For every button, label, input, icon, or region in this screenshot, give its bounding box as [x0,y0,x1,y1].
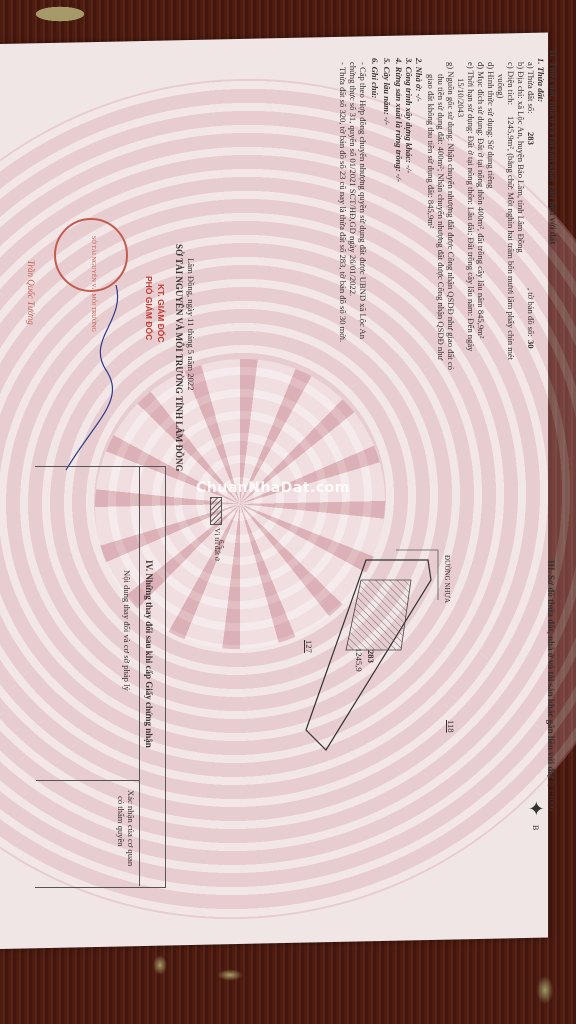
scale-label: Tỷ lệ 1:1000 [546,770,556,811]
usage-term: e) Thời hạn sử dụng: Đất ở tại nông thôn… [466,62,476,351]
parcel-area: 1245,9 [354,648,364,672]
deputy-director-title: PHÓ GIÁM ĐỐC [144,276,154,340]
col-authority-line2: có thẩm quyền [116,796,126,847]
other-construction-item: 3. Công trình xây dựng khác: -/- [404,58,414,173]
signer-name: Trần Quốc Tường [26,260,36,325]
table-column-divider [36,780,140,781]
issuing-agency: SỞ TÀI NGUYÊN VÀ MÔI TRƯỜNG TỈNH LÂM ĐỒN… [174,244,184,472]
plot-number-value: 283 [526,132,536,145]
note-line-3: - Thửa đất số 320, tờ bản đồ số 23 cũ na… [338,62,348,342]
usage-origin-cont2: giao đất không thu tiền sử dụng đất: 845… [426,74,436,229]
area-value-cont: vuông) [496,74,506,98]
north-label: B [530,825,540,830]
watermark: ChuanNhaDat.com [196,480,350,496]
parcel-number: 283 [366,650,376,663]
legend-label: Vị trí đất ở [212,528,222,561]
col-change-content: Nội dung thay đổi và cơ sở pháp lý [122,570,132,691]
col-authority-line1: Xác nhận của cơ quan [126,790,136,866]
usage-form: d) Hình thức sử dụng: Sử dụng riêng [486,62,496,188]
usage-purpose: đ) Mục đích sử dụng: Đất ở tại nông thôn… [476,62,486,338]
legend-swatch [210,497,222,525]
rotated-certificate-content: II. Thửa đất, nhà ở và tài sản khác gắn … [0,0,576,1024]
table-divider [139,466,140,886]
neighbor-118: 118 [446,720,456,733]
parcel-diagram [276,540,456,800]
house-item: 2. Nhà ở: -/- [414,58,424,102]
signature [56,280,136,480]
notes-heading: 6. Ghi chú: [370,58,380,98]
issue-date: Lâm Đồng, ngày 11 tháng 5 năm 2022 [186,258,196,390]
land-plot-heading: 1. Thửa đất: [536,58,546,102]
map-sheet-label: , tờ bản đồ số: [526,288,536,337]
kt-director: KT. GIÁM ĐỐC [156,284,166,343]
address: b) Địa chỉ: xã Lộc An, huyện Bảo Lâm, tỉ… [516,62,526,253]
section-ii-title: II. Thửa đất, nhà ở và tài sản khác gắn … [548,50,558,244]
usage-origin: g) Nguồn gốc sử dụng: Nhận chuyển nhượng… [446,62,456,370]
production-forest-item: 4. Rừng sản xuất là rừng trồng: -/- [394,58,404,182]
usage-term-cont: 15/10/2043 [456,78,466,117]
road-label: ĐƯỜNG NHỰA [442,555,452,603]
north-arrow-icon: ✦ [530,800,540,817]
map-sheet-value: 30 [526,340,536,349]
plot-number-label: a) Thửa đất số: [526,62,536,114]
section-iii-title: III. Sơ đồ thửa đất, nhà ở và tài sản kh… [546,560,556,779]
section-iv-title: IV. Những thay đổi sau khi cấp Giấy chứn… [144,560,154,748]
note-line-2: chứng thực số 31, quyển số 01/2021 SCT/H… [348,62,358,296]
area-value: 1245,9m², (bằng chữ: Một nghìn hai trăm … [506,116,516,360]
note-line-1: - Cấp theo Hợp đồng chuyển nhượng quyền … [358,62,368,339]
usage-origin-cont1: thu tiền sử dụng đất: 400m²; Nhận chuyển… [436,74,446,360]
perennial-trees-item: 5. Cây lâu năm: -/- [382,58,392,125]
neighbor-127: 127 [304,640,314,653]
area-label: c) Diện tích: [506,62,516,105]
